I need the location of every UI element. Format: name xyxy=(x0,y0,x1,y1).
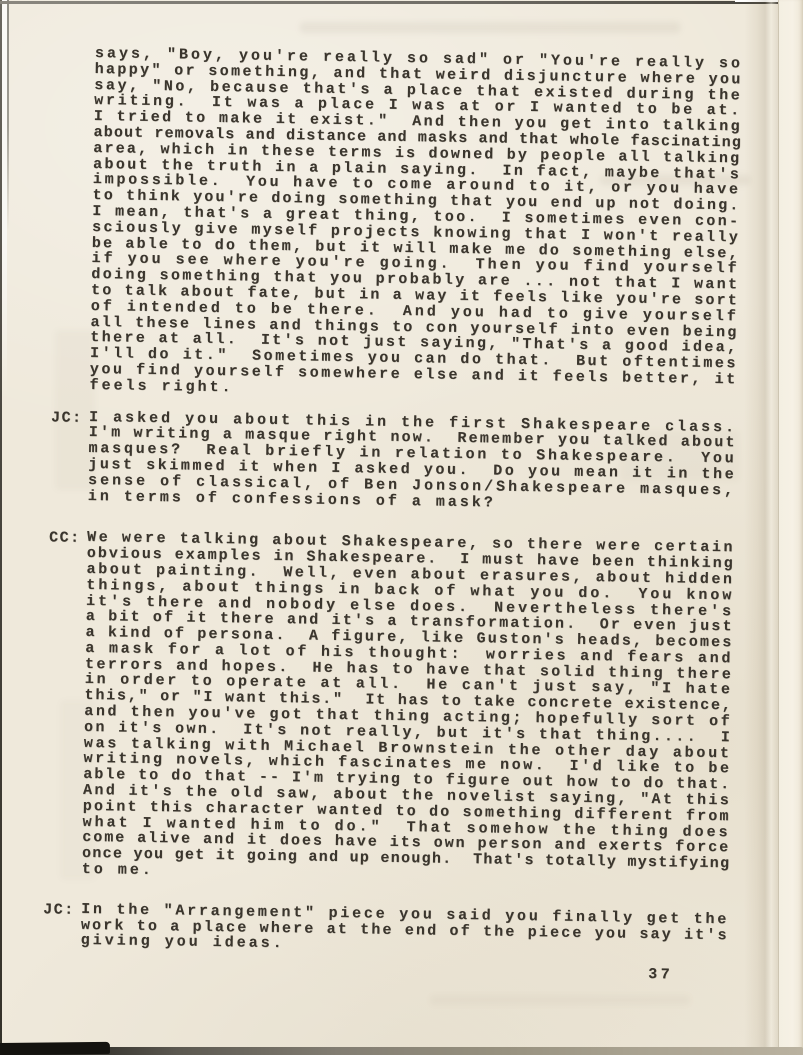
paragraph-lines: In the "Arrangement" piece you said you … xyxy=(80,902,781,961)
speaker-label: JC: xyxy=(51,409,83,427)
transcript-paragraph: CC: We were talking about Shakespeare, s… xyxy=(82,530,787,889)
paragraph-lines: I asked you about this in the first Shak… xyxy=(88,409,789,515)
speaker-label: JC: xyxy=(43,901,75,919)
scanned-book-page: says, "Boy, you're really so sad" or "Yo… xyxy=(0,0,803,1055)
page-number: 37 xyxy=(648,967,780,985)
transcript-paragraph: says, "Boy, you're really so sad" or "Yo… xyxy=(89,46,794,405)
speaker-label: CC: xyxy=(49,530,81,548)
transcript-paragraph: JC: In the "Arrangement" piece you said … xyxy=(80,902,781,961)
page-left-edge-shadow-line xyxy=(7,0,9,230)
paragraph-lines: says, "Boy, you're really so sad" or "Yo… xyxy=(89,46,794,405)
page-bottom-left-corner-shadow xyxy=(0,1042,110,1055)
interview-transcript: says, "Boy, you're really so sad" or "Yo… xyxy=(80,46,794,960)
typed-text-block: says, "Boy, you're really so sad" or "Yo… xyxy=(80,46,795,985)
page-bottom-edge-line xyxy=(0,1047,803,1055)
transcript-paragraph: JC: I asked you about this in the first … xyxy=(88,409,789,515)
bleed-through-smudge xyxy=(430,995,690,1005)
paragraph-lines: We were talking about Shakespeare, so th… xyxy=(82,530,787,889)
page-top-edge-line xyxy=(0,1,803,4)
bleed-through-smudge xyxy=(300,22,680,33)
